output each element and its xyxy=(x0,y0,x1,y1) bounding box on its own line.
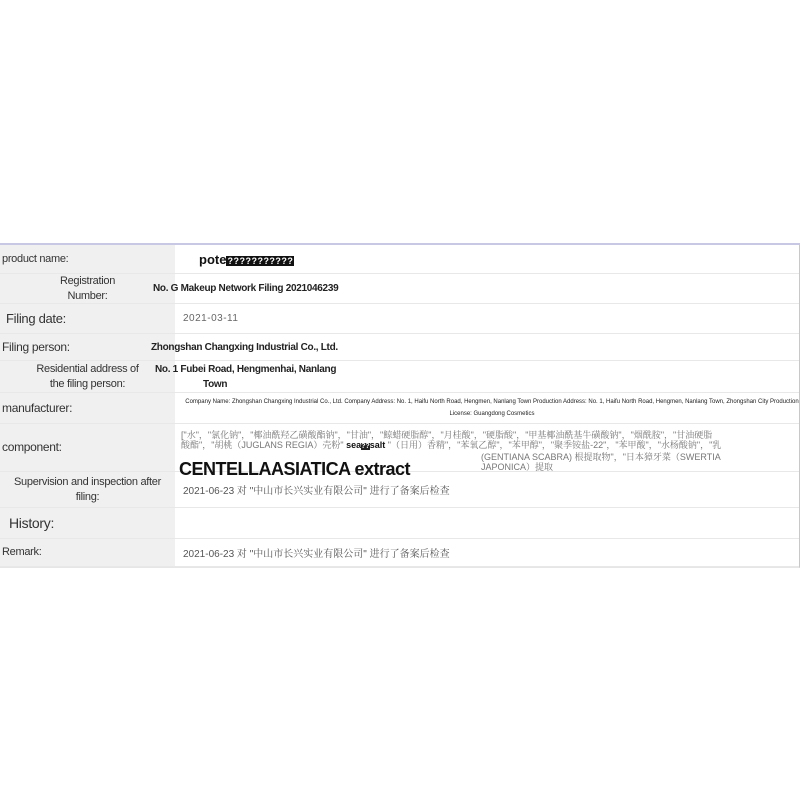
product-name-prefix: pote xyxy=(199,252,226,267)
component-line2-b: "（日用）香精"，"苯氧乙醇"，"苯甲醇"，"聚季铵盐-22"，"苯甲酸"，"水… xyxy=(388,440,722,450)
value-remark-cell: 2021-06-23 对 "中山市长兴实业有限公司" 进行了备案后检查 xyxy=(175,539,799,566)
value-supervision-cell: 2021-06-23 对 "中山市长兴实业有限公司" 进行了备案后检查 xyxy=(175,472,799,507)
product-name-masked: ??????????? xyxy=(226,256,294,266)
value-history-cell xyxy=(175,508,799,538)
value-manufacturer-cell: Company Name: Zhongshan Changxing Indust… xyxy=(185,393,799,423)
row-filing-person: Filing person: Zhongshan Changxing Indus… xyxy=(0,334,799,361)
value-product-name-cell: pote??????????? xyxy=(175,245,799,273)
row-supervision: Supervision and inspection after filing:… xyxy=(0,472,799,508)
value-filing-person-cell: Zhongshan Changxing Industrial Co., Ltd. xyxy=(175,334,799,360)
label-history: History: xyxy=(0,508,175,538)
row-product-name: product name: pote??????????? xyxy=(0,245,799,274)
row-manufacturer: manufacturer: Company Name: Zhongshan Ch… xyxy=(0,393,799,424)
filing-date-value: 2021-03-11 xyxy=(183,313,238,324)
label-product-name: product name: xyxy=(0,245,175,273)
residential-address-line2: Town xyxy=(203,377,227,392)
label-remark: Remark: xyxy=(0,539,175,566)
label-residential-address: Residential address of the filing person… xyxy=(0,361,175,392)
residential-address-line1: No. 1 Fubei Road, Hengmenhai, Nanlang xyxy=(155,362,336,377)
sea-salt-masked: ?? xyxy=(361,443,370,450)
salt-text: salt xyxy=(370,440,386,450)
value-registration-number-cell: No. G Makeup Network Filing 2021046239 xyxy=(175,274,799,303)
registration-number-value: No. G Makeup Network Filing 2021046239 xyxy=(153,283,338,294)
remark-value: 2021-06-23 对 "中山市长兴实业有限公司" 进行了备案后检查 xyxy=(183,545,450,560)
manufacturer-line2: License: Guangdong Cosmetics xyxy=(449,408,534,420)
value-component-cell: ["水"，"氯化钠"，"椰油酰羟乙磺酸酯钠"，"甘油"，"鲸蜡硬脂醇"，"月桂酸… xyxy=(175,424,799,471)
component-line2-a: 酸酯"，"胡桃（JUGLANS REGIA）壳粉" xyxy=(181,440,344,450)
manufacturer-line1: Company Name: Zhongshan Changxing Indust… xyxy=(185,396,798,408)
sea-salt: sea??salt xyxy=(346,440,385,450)
label-manufacturer: manufacturer: xyxy=(0,393,175,423)
filing-info-table: product name: pote??????????? Registrati… xyxy=(0,243,800,568)
component-line1: ["水"，"氯化钠"，"椰油酰羟乙磺酸酯钠"，"甘油"，"鲸蜡硬脂醇"，"月桂酸… xyxy=(181,430,771,440)
sea-text: sea xyxy=(346,440,361,450)
row-registration-number: Registration Number: No. G Makeup Networ… xyxy=(0,274,799,304)
row-filing-date: Filing date: 2021-03-11 xyxy=(0,304,799,334)
row-component: component: ["水"，"氯化钠"，"椰油酰羟乙磺酸酯钠"，"甘油"，"… xyxy=(0,424,799,472)
supervision-value: 2021-06-23 对 "中山市长兴实业有限公司" 进行了备案后检查 xyxy=(183,482,450,497)
value-residential-address-cell: No. 1 Fubei Road, Hengmenhai, Nanlang To… xyxy=(155,361,799,392)
label-registration-number: Registration Number: xyxy=(0,274,175,303)
label-filing-date: Filing date: xyxy=(0,304,175,333)
label-supervision: Supervision and inspection after filing: xyxy=(0,472,175,507)
value-filing-date-cell: 2021-03-11 xyxy=(175,304,799,333)
product-name-value: pote??????????? xyxy=(199,252,294,267)
row-remark: Remark: 2021-06-23 对 "中山市长兴实业有限公司" 进行了备案… xyxy=(0,539,799,567)
label-filing-person: Filing person: xyxy=(0,334,175,360)
filing-person-value: Zhongshan Changxing Industrial Co., Ltd. xyxy=(151,342,338,353)
row-history: History: xyxy=(0,508,799,539)
component-line3: (GENTIANA SCABRA) 根提取物"，"日本獐牙菜（SWERTIA J… xyxy=(481,452,771,472)
component-line2: 酸酯"，"胡桃（JUGLANS REGIA）壳粉" sea??salt "（日用… xyxy=(181,440,771,452)
label-component: component: xyxy=(0,424,175,471)
row-residential-address: Residential address of the filing person… xyxy=(0,361,799,393)
